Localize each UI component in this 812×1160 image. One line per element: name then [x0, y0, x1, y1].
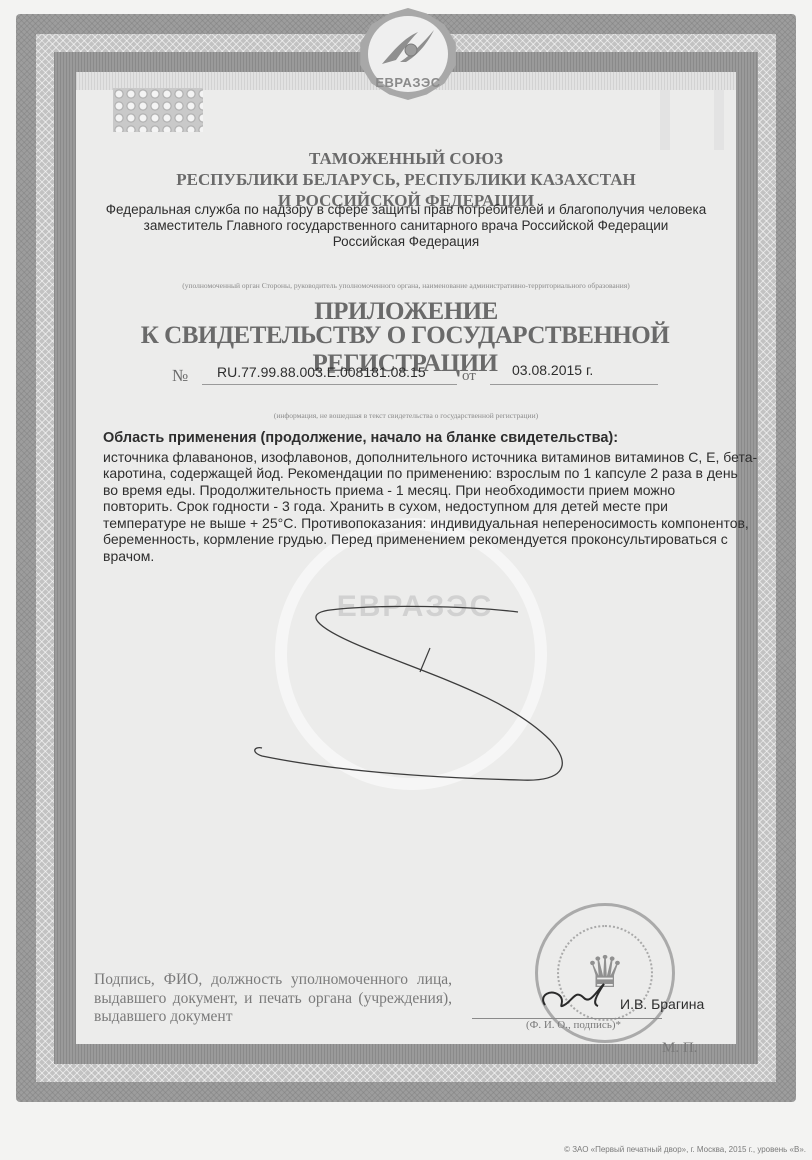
- seal-placeholder-label: М. П.: [662, 1040, 697, 1057]
- printer-imprint: © ЗАО «Первый печатный двор», г. Москва,…: [564, 1145, 806, 1154]
- signer-name: И.В. Брагина: [620, 996, 704, 1012]
- fio-caption: (Ф. И. О., подпись)*: [526, 1019, 621, 1031]
- handwritten-signature: [0, 0, 812, 1160]
